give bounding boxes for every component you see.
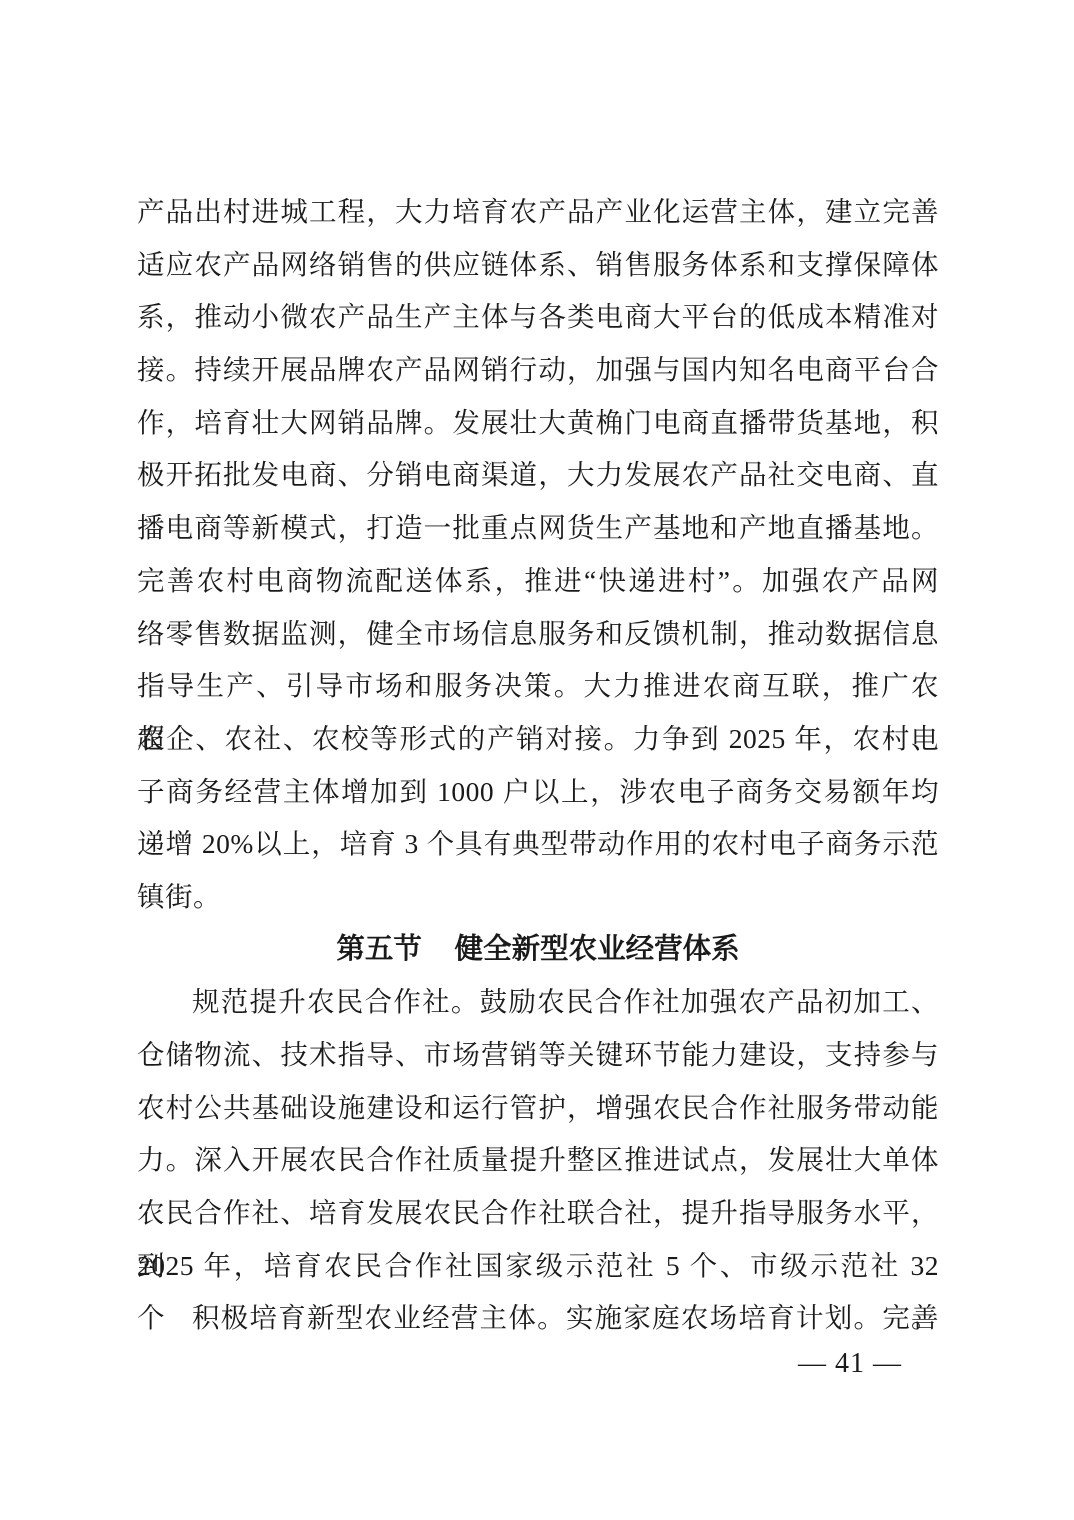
section-heading-number: 第五节	[336, 924, 422, 977]
page-number: — 41 —	[798, 1344, 902, 1384]
paragraph-start-line: 积极培育新型农业经营主体。实施家庭农场培育计划。完善	[137, 1292, 939, 1345]
section-heading: 第五节 健全新型农业经营体系	[137, 924, 939, 977]
paragraph-end-line: 镇街。	[137, 871, 939, 924]
text-line: 仓储物流、技术指导、市场营销等关键环节能力建设，支持参与	[137, 1029, 939, 1082]
text-line: 指导生产、引导市场和服务决策。大力推进农商互联，推广农超、	[137, 660, 939, 713]
text-line: 极开拓批发电商、分销电商渠道，大力发展农产品社交电商、直	[137, 449, 939, 502]
text-line: 子商务经营主体增加到 1000 户以上，涉农电子商务交易额年均	[137, 766, 939, 819]
text-line: 2025 年，培育农民合作社国家级示范社 5 个、市级示范社 32 个。	[137, 1240, 939, 1293]
text-line: 适应农产品网络销售的供应链体系、销售服务体系和支撑保障体	[137, 239, 939, 292]
text-line: 农村公共基础设施建设和运行管护，增强农民合作社服务带动能	[137, 1082, 939, 1135]
text-line: 产品出村进城工程，大力培育农产品产业化运营主体，建立完善	[137, 186, 939, 239]
text-line: 完善农村电商物流配送体系，推进“快递进村”。加强农产品网	[137, 555, 939, 608]
text-line: 络零售数据监测，健全市场信息服务和反馈机制，推动数据信息	[137, 608, 939, 661]
text-block: 产品出村进城工程，大力培育农产品产业化运营主体，建立完善 适应农产品网络销售的供…	[137, 186, 939, 1345]
text-line: 系，推动小微农产品生产主体与各类电商大平台的低成本精准对	[137, 291, 939, 344]
text-line: 作，培育壮大网销品牌。发展壮大黄桷门电商直播带货基地，积	[137, 397, 939, 450]
document-page: 产品出村进城工程，大力培育农产品产业化运营主体，建立完善 适应农产品网络销售的供…	[0, 0, 1074, 1520]
text-line: 力。深入开展农民合作社质量提升整区推进试点，发展壮大单体	[137, 1134, 939, 1187]
text-line: 递增 20%以上，培育 3 个具有典型带动作用的农村电子商务示范	[137, 818, 939, 871]
paragraph-start-line: 规范提升农民合作社。鼓励农民合作社加强农产品初加工、	[137, 976, 939, 1029]
text-line: 接。持续开展品牌农产品网销行动，加强与国内知名电商平台合	[137, 344, 939, 397]
text-line: 农民合作社、培育发展农民合作社联合社，提升指导服务水平，到	[137, 1187, 939, 1240]
section-heading-title: 健全新型农业经营体系	[455, 924, 740, 977]
text-line: 播电商等新模式，打造一批重点网货生产基地和产地直播基地。	[137, 502, 939, 555]
text-line: 农企、农社、农校等形式的产销对接。力争到 2025 年，农村电	[137, 713, 939, 766]
